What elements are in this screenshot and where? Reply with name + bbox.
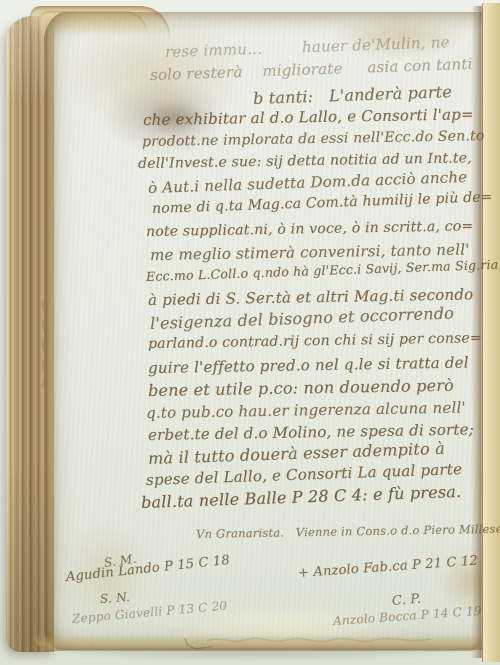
manuscript-line-14: parland.o contrad.rij con chi si sij per… [148, 330, 482, 352]
signature-left-4: Zeppo Giavelli P 13 C 20 [71, 598, 227, 626]
signature-right-1: + Anzolo Fab.ca P 21 C 12 [297, 553, 478, 581]
manuscript-line-9: note supplicat.ni, ò in voce, ò in scrit… [146, 218, 474, 240]
signature-right-2: C. P. [391, 592, 421, 609]
manuscript-line-3: b tanti: L'anderà parte [253, 82, 453, 108]
manuscript-photo: rese immu… hauer de'Mulin, nesolo rester… [0, 0, 500, 665]
signature-left-2: Agudin Lando P 15 C 18 [65, 553, 230, 585]
manuscript-line-15: guire l'effetto pred.o nel q.le si tratt… [148, 353, 469, 377]
manuscript-text-layer: rese immu… hauer de'Mulin, nesolo rester… [0, 0, 500, 665]
manuscript-line-5: prodott.ne implorata da essi nell'Ecc.do… [142, 128, 485, 150]
manuscript-line-4: che exhibitar al d.o Lallo, e Consorti l… [143, 105, 474, 129]
spine-marginalia-squiggle [36, 298, 52, 390]
manuscript-line-22: Vn Granarista. Vienne in Cons.o d.o Pier… [196, 522, 500, 541]
manuscript-line-17: q.to pub.co hau.er ingerenza alcuna nell… [146, 398, 466, 422]
bleedthrough-ghost-line [205, 632, 435, 648]
signature-left-3: S. N. [100, 590, 131, 606]
manuscript-line-16: bene et utile p.co: non douendo però [148, 376, 454, 400]
